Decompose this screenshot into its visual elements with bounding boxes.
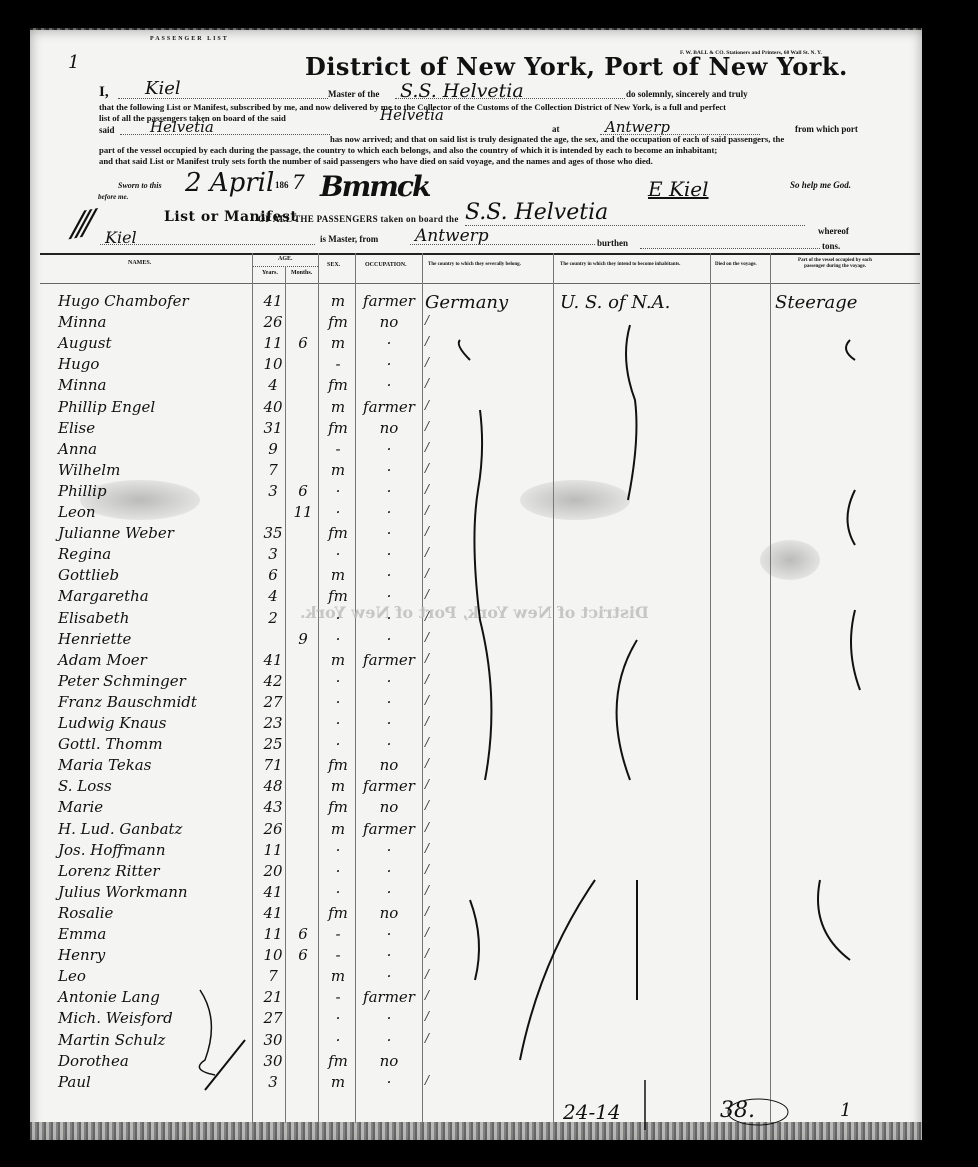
inhabit-tally: 24-14: [563, 1100, 621, 1124]
ditto-marks: [0, 0, 978, 1167]
passenger-total: 38.: [720, 1098, 755, 1123]
part-mark: 1: [840, 1100, 851, 1121]
